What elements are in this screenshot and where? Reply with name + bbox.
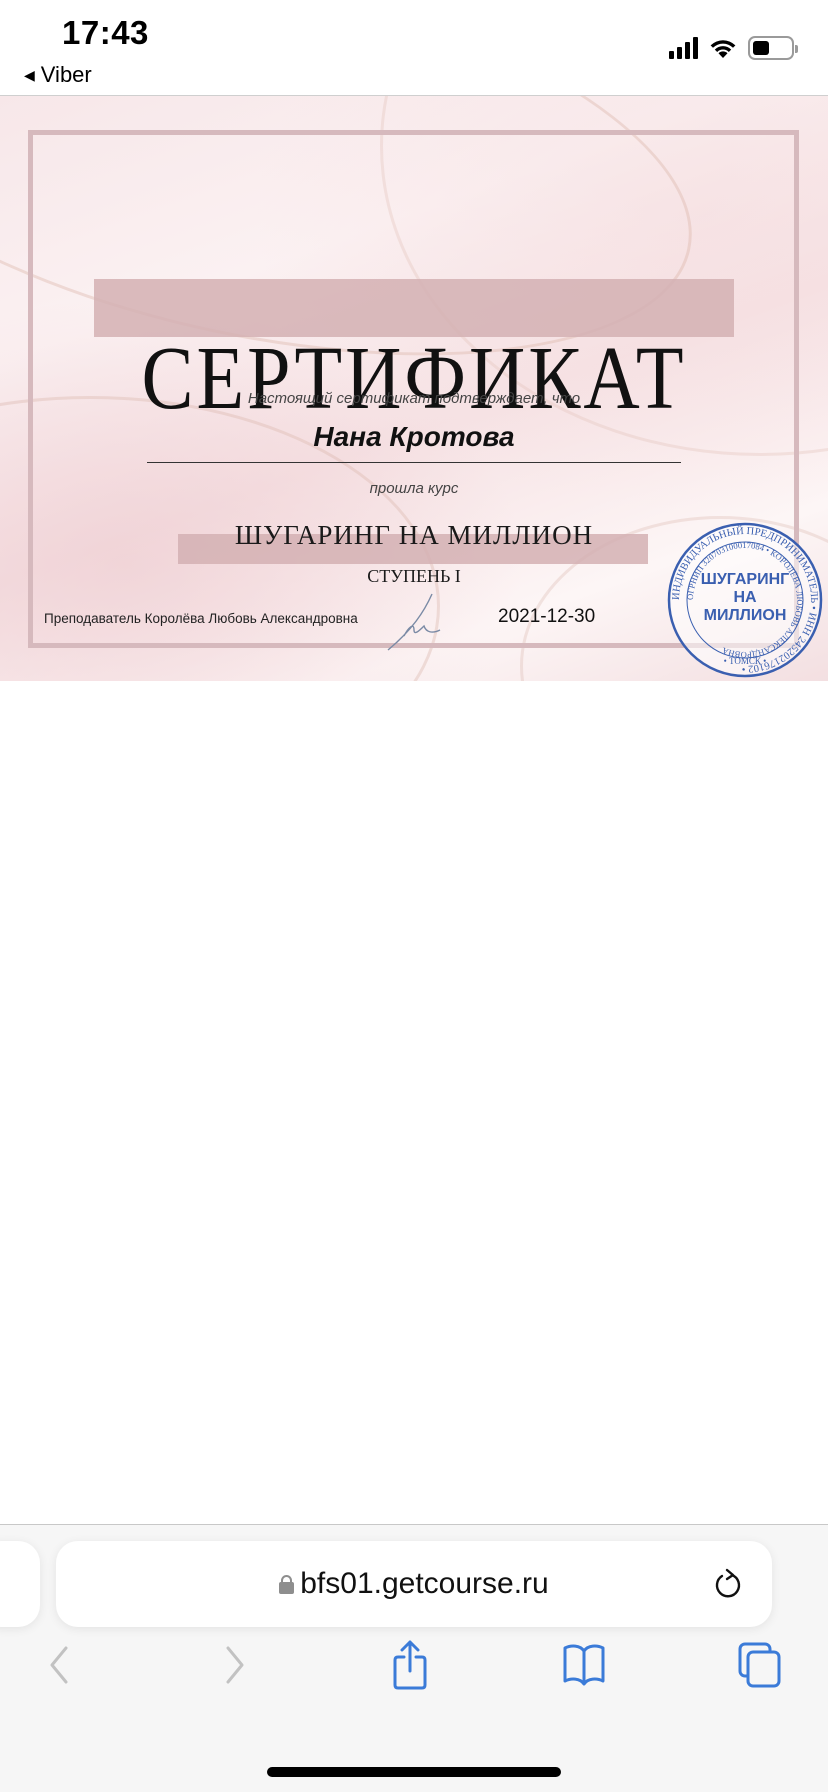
status-icons bbox=[669, 36, 794, 60]
home-indicator[interactable] bbox=[267, 1767, 561, 1777]
stamp-line: ШУГАРИНГ bbox=[667, 571, 823, 589]
signature bbox=[384, 592, 454, 652]
bookmarks-button[interactable] bbox=[554, 1635, 614, 1695]
page-content-empty bbox=[0, 681, 828, 1524]
status-bar: 17:43 ◀ Viber bbox=[0, 0, 828, 96]
cellular-signal-icon bbox=[669, 37, 698, 59]
browser-toolbar bbox=[0, 1635, 828, 1705]
book-icon bbox=[559, 1643, 609, 1687]
tabs-icon bbox=[736, 1641, 784, 1689]
url-text[interactable]: bfs01.getcourse.ru bbox=[300, 1567, 548, 1601]
status-time: 17:43 bbox=[62, 14, 149, 52]
back-triangle-icon: ◀ bbox=[24, 67, 35, 84]
passed-text: прошла курс bbox=[0, 480, 828, 497]
previous-tab-peek[interactable] bbox=[0, 1541, 40, 1627]
certificate-date: 2021-12-30 bbox=[498, 606, 595, 628]
teacher-name: Преподаватель Королёва Любовь Александро… bbox=[44, 611, 358, 626]
company-stamp: ИНДИВИДУАЛЬНЫЙ ПРЕДПРИНИМАТЕЛЬ • ИНН 245… bbox=[667, 522, 823, 678]
back-to-app-button[interactable]: ◀ Viber bbox=[24, 62, 92, 88]
certificate-image: СЕРТИФИКАТ Настоящий сертификат подтверж… bbox=[0, 96, 828, 681]
lock-icon bbox=[279, 1575, 294, 1593]
chevron-right-icon bbox=[224, 1645, 248, 1685]
student-name: Нана Кротова bbox=[0, 421, 828, 453]
address-bar[interactable]: bfs01.getcourse.ru bbox=[56, 1541, 772, 1627]
confirm-text: Настоящий сертификат подтверждает, что bbox=[0, 390, 828, 407]
wifi-icon bbox=[708, 37, 738, 59]
share-icon bbox=[390, 1639, 430, 1691]
back-button[interactable] bbox=[28, 1635, 88, 1695]
browser-bottom-bar: bfs01.getcourse.ru bbox=[0, 1524, 828, 1792]
certificate-title: СЕРТИФИКАТ bbox=[0, 326, 828, 430]
name-underline bbox=[147, 462, 681, 463]
chevron-left-icon bbox=[46, 1645, 70, 1685]
share-button[interactable] bbox=[380, 1635, 440, 1695]
stamp-line: НА bbox=[667, 589, 823, 607]
forward-button[interactable] bbox=[206, 1635, 266, 1695]
tabs-button[interactable] bbox=[730, 1635, 790, 1695]
svg-text:• ТОМСК •: • ТОМСК • bbox=[724, 656, 767, 666]
back-app-label: Viber bbox=[41, 62, 92, 88]
reload-icon[interactable] bbox=[710, 1566, 746, 1602]
battery-icon bbox=[748, 36, 794, 60]
stamp-center-text: ШУГАРИНГ НА МИЛЛИОН bbox=[667, 571, 823, 625]
stamp-line: МИЛЛИОН bbox=[667, 607, 823, 625]
